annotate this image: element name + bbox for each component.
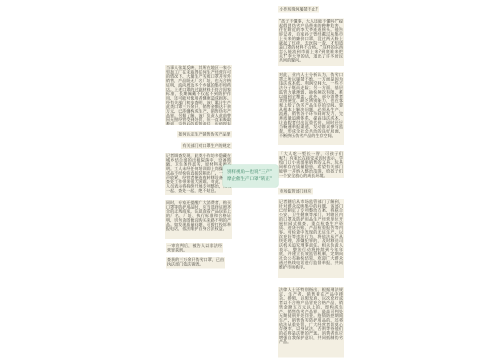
right-article-paragraph-4: 记者随后从市场监管部门了解到，针对群众反映集中的问题，该部门已经制定了专项整治方… [278,199,344,278]
document-page: 当事人张某反映，其所在地区一家小型加工厂在未取得任何生产经营许可的情况下，大量生… [0,0,500,360]
right-article-paragraph-2: 对此，业内人士分析认为，伪劣口罩之所以屡禁不绝，一方面是因为违法成本低、利润空间… [278,72,344,145]
left-article-paragraph-3: 同时，专家还提醒广大消费者，购买口罩等防护用品时，应当选择证照齐全的正规商家，注… [165,200,232,239]
right-article-paragraph-5: 法律人士还特别指出，根据刑法规定，生产者、销售者在产品中掺杂、掺假，以假充真，以… [278,287,344,358]
left-subheading-1: 如何认定生产销售伪劣产品罪 [177,131,232,138]
right-article-paragraph-3: 「大人吃一堑长一智，可孩子们呢?」有家长在接受采访时表示，学校门口小卖部里销售的… [278,151,344,178]
right-article-paragraph-1: “孩子不懂事，大人还能不懂吗?”提起假冒伪劣产品带来的种种危害，住在附近的李大爷… [278,19,344,67]
left-note-2: 查获的三万余只伪劣口罩，已由执法部门依法销毁。 [166,257,225,269]
right-subheading-top: 小作坊缘何屡禁不止? [278,6,319,13]
highlighted-article-title-card[interactable]: 别样视角—也说“三产” 摩企催生产口罩“转正” [223,165,279,188]
article-page-thumbnail: 当事人张某反映，其所在地区一家小型加工厂在未取得任何生产经营许可的情况下，大量生… [0,0,500,360]
highlighted-title-line-1: 别样视角—也说“三产” [227,169,278,176]
right-subheading-mid: 市场监管部门回应 [278,188,313,195]
left-subheading-2: 有关部门对口罩生产的规定 [181,143,232,150]
left-note-1: 一审宣判后，被告人以非法经营罪获刑。 [166,243,223,253]
highlighted-title-line-2: 摩企催生产口罩“转正” [227,176,278,183]
left-article-paragraph-1: 当事人张某反映，其所在地区一家小型加工厂在未取得任何生产经营许可的情况下，大量生… [165,65,232,125]
